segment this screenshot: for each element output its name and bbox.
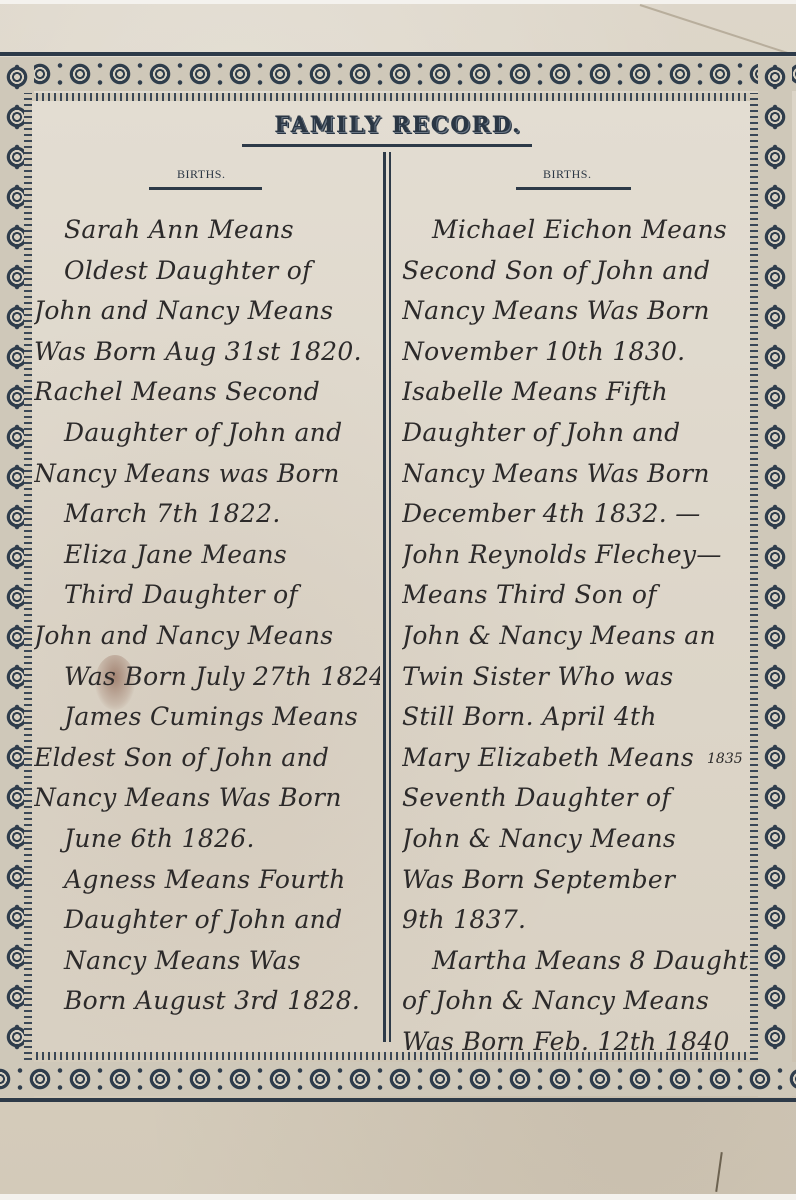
births-heading-rule-right [516, 187, 631, 190]
entry-line: Martha Means 8 Daughter [402, 941, 748, 982]
page-bottom-edge [0, 1194, 796, 1200]
entry-line: John Reynolds Flechey— [402, 535, 748, 576]
births-column-left: Sarah Ann Means Oldest Daughter of John … [34, 210, 380, 1022]
page-title: FAMILY RECORD. [0, 112, 796, 138]
births-heading-right: BIRTHS. [543, 167, 591, 182]
birth-entry-isabelle: Isabelle Means Fifth Daughter of John an… [402, 372, 748, 534]
births-heading-rule-left [149, 187, 262, 190]
birth-entry-james: James Cumings Means Eldest Son of John a… [34, 697, 380, 859]
entry-line: James Cumings Means [34, 697, 380, 738]
entry-line: Third Daughter of [34, 575, 380, 616]
entry-line: Twin Sister Who was [402, 657, 748, 698]
column-divider [383, 152, 391, 1042]
entry-line: Oldest Daughter of [34, 251, 380, 292]
birth-entry-john-reynolds: John Reynolds Flechey— Means Third Son o… [402, 535, 748, 738]
entry-line: Rachel Means Second [34, 372, 380, 413]
entry-line: Was Born September [402, 860, 748, 901]
entry-line: John & Nancy Means an [402, 616, 748, 657]
birth-entry-martha: Martha Means 8 Daughter of John & Nancy … [402, 941, 748, 1063]
births-column-right: Michael Eichon Means Second Son of John … [402, 210, 748, 1062]
entry-line: Seventh Daughter of [402, 778, 748, 819]
entry-line: 9th 1837. [402, 900, 748, 941]
birth-entry-sarah: Sarah Ann Means Oldest Daughter of John … [34, 210, 380, 372]
birth-entry-agness: Agness Means Fourth Daughter of John and… [34, 860, 380, 1022]
entry-line: Daughter of John and [402, 413, 748, 454]
entry-line: Sarah Ann Means [34, 210, 380, 251]
entry-line: Still Born. April 4th [402, 697, 748, 738]
entry-line: Daughter of John and [34, 900, 380, 941]
entry-line: Nancy Means Was Born [402, 454, 748, 495]
entry-line: Second Son of John and [402, 251, 748, 292]
ornamental-border-top [0, 57, 796, 91]
birth-entry-mary-elizabeth: Mary Elizabeth Means Seventh Daughter of… [402, 738, 748, 941]
entry-line: Nancy Means was Born [34, 454, 380, 495]
frame-outer-rule-bottom [0, 1098, 796, 1102]
entry-line: of John & Nancy Means [402, 981, 748, 1022]
entry-line: Eliza Jane Means [34, 535, 380, 576]
entry-line: Eldest Son of John and [34, 738, 380, 779]
entry-line: John and Nancy Means [34, 616, 380, 657]
inner-star-border-right [750, 93, 758, 1060]
entry-line: Was Born Feb. 12th 1840 [402, 1022, 748, 1063]
entry-line: December 4th 1832. — [402, 494, 748, 535]
entry-line: Isabelle Means Fifth [402, 372, 748, 413]
document-page: FAMILY RECORD. BIRTHS. BIRTHS. Sarah Ann… [0, 0, 796, 1200]
birth-entry-michael: Michael Eichon Means Second Son of John … [402, 210, 748, 372]
entry-line: Was Born Aug 31st 1820. [34, 332, 380, 373]
ornamental-border-bottom [0, 1062, 796, 1096]
paper-tear [715, 1152, 723, 1192]
entry-line: Means Third Son of [402, 575, 748, 616]
entry-line: Was Born July 27th 1824 [34, 657, 380, 698]
entry-line: Nancy Means Was Born [402, 291, 748, 332]
births-heading-left: BIRTHS. [177, 167, 225, 182]
entry-line: November 10th 1830. [402, 332, 748, 373]
birth-entry-eliza: Eliza Jane Means Third Daughter of John … [34, 535, 380, 697]
entry-line: March 7th 1822. [34, 494, 380, 535]
inner-star-border-left [24, 93, 32, 1060]
entry-line: Mary Elizabeth Means [402, 738, 748, 779]
entry-line: John and Nancy Means [34, 291, 380, 332]
ornamental-border-right [758, 57, 792, 1097]
inner-star-border-top [24, 93, 758, 101]
entry-line: June 6th 1826. [34, 819, 380, 860]
entry-line: Born August 3rd 1828. [34, 981, 380, 1022]
entry-line: Nancy Means Was [34, 941, 380, 982]
page-top-edge [0, 0, 796, 4]
birth-entry-rachel: Rachel Means Second Daughter of John and… [34, 372, 380, 534]
entry-line: John & Nancy Means [402, 819, 748, 860]
entry-line: Daughter of John and [34, 413, 380, 454]
entry-line: Agness Means Fourth [34, 860, 380, 901]
title-rule [242, 144, 532, 147]
entry-line: Michael Eichon Means [402, 210, 748, 251]
year-annotation-1835: 1835 [707, 751, 743, 767]
entry-line: Nancy Means Was Born [34, 778, 380, 819]
corner-crease [640, 4, 793, 55]
frame-outer-rule-top [0, 52, 796, 56]
